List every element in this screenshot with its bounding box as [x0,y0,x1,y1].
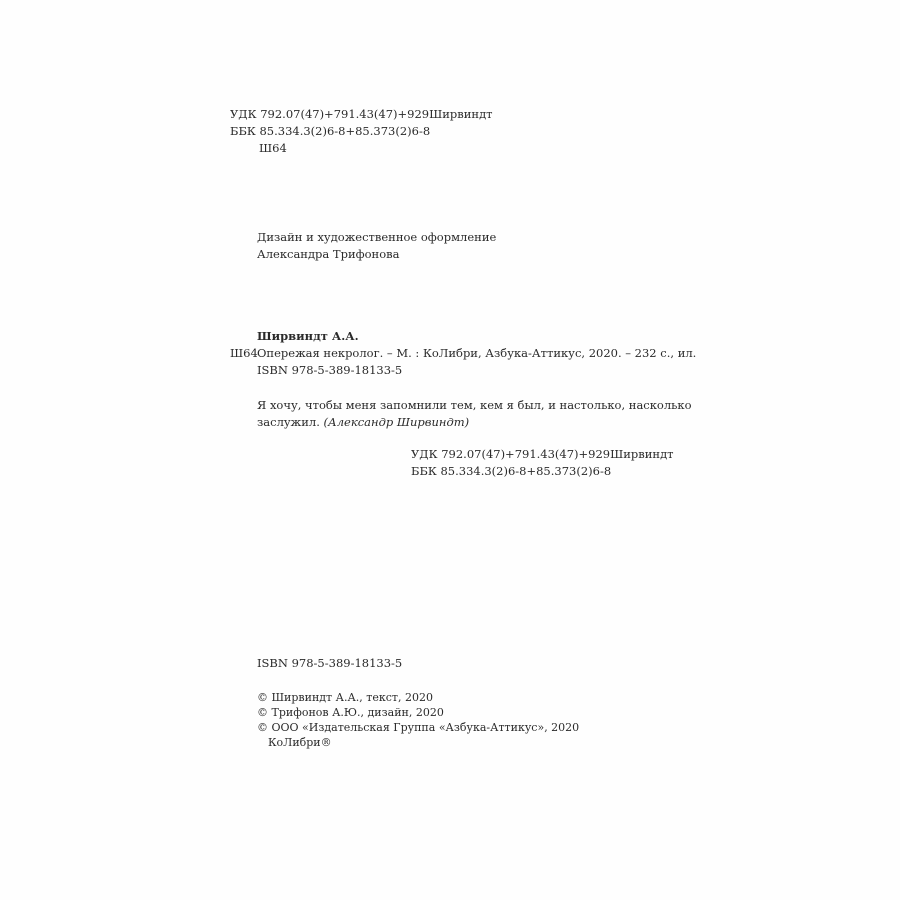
bbk-code: ББК 85.334.3(2)6-8+85.373(2)6-8 [230,123,493,140]
isbn-number: ISBN 978-5-389-18133-5 [257,655,402,672]
bbk-code-bottom: ББК 85.334.3(2)6-8+85.373(2)6-8 [411,463,674,480]
udk-code: УДК 792.07(47)+791.43(47)+929Ширвиндт [230,106,493,123]
designer-name: Александра Трифонова [257,246,496,263]
design-credit-label: Дизайн и художественное оформление [257,229,496,246]
copyright-design: © Трифонов А.Ю., дизайн, 2020 [257,705,579,720]
copyright-author: © Ширвиндт А.А., текст, 2020 [257,690,579,705]
record-author: Ширвиндт А.А. [257,328,359,345]
author-sign: Ш64 [230,140,493,157]
record-title-line: Опережая некролог. – М. : КоЛибри, Азбук… [257,345,696,362]
copyright-block: © Ширвиндт А.А., текст, 2020 © Трифонов … [257,690,579,750]
annotation-quote: Я хочу, чтобы меня запомнили тем, кем я … [257,397,692,431]
isbn-bottom: ISBN 978-5-389-18133-5 [257,655,402,672]
copyright-publisher: © ООО «Издательская Группа «Азбука-Аттик… [257,720,579,735]
imprint-page: УДК 792.07(47)+791.43(47)+929Ширвиндт ББ… [0,0,900,900]
bibliographic-record: Ширвиндт А.А. Ш64 Опережая некролог. – М… [230,328,696,379]
record-isbn: ISBN 978-5-389-18133-5 [257,362,402,379]
classification-block-top: УДК 792.07(47)+791.43(47)+929Ширвиндт ББ… [230,106,493,157]
quote-line-2: заслужил. [257,415,320,429]
record-author-sign: Ш64 [230,345,257,362]
quote-line-1: Я хочу, чтобы меня запомнили тем, кем я … [257,397,692,414]
classification-block-bottom: УДК 792.07(47)+791.43(47)+929Ширвиндт ББ… [411,446,674,480]
udk-code-bottom: УДК 792.07(47)+791.43(47)+929Ширвиндт [411,446,674,463]
design-credit: Дизайн и художественное оформление Алекс… [257,229,496,263]
imprint-brand: КоЛибри® [257,735,579,750]
quote-source: (Александр Ширвиндт) [324,415,470,429]
